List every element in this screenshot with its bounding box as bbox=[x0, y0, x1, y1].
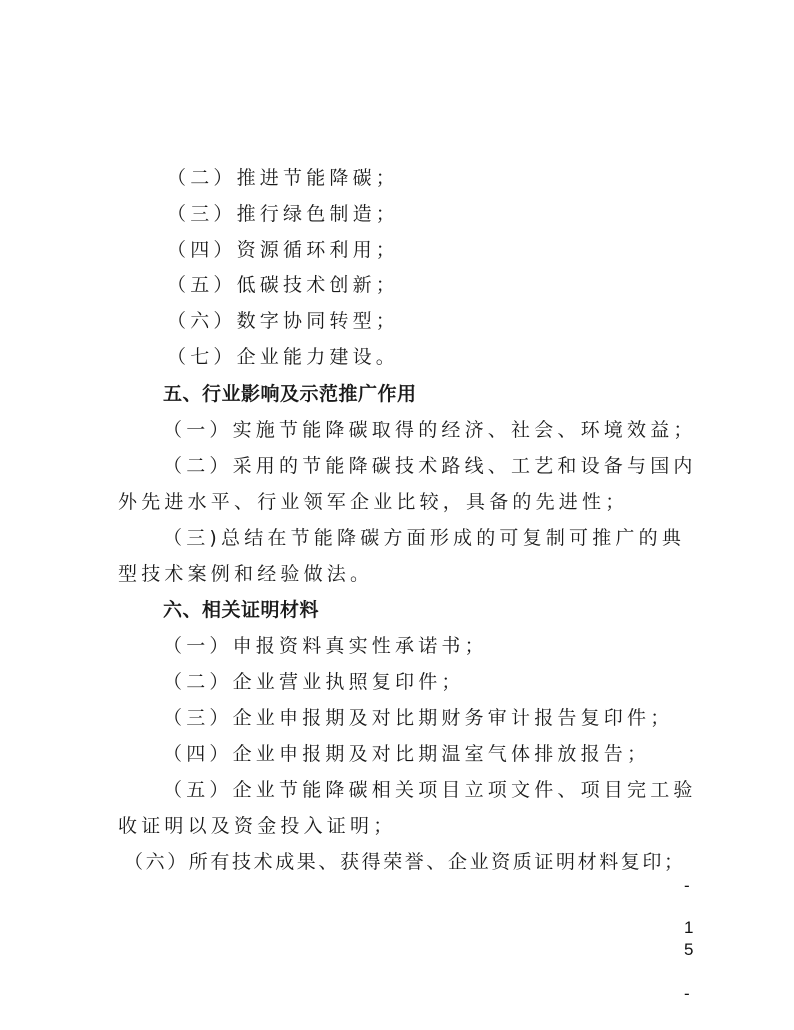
list-item: （四）企业申报期及对比期温室气体排放报告； bbox=[163, 742, 650, 766]
list-item: （二）推进节能降碳； bbox=[167, 166, 399, 190]
list-item-continuation: 型技术案例和经验做法。 bbox=[118, 562, 373, 586]
section-heading: 五、行业影响及示范推广作用 bbox=[163, 382, 417, 406]
list-item: （五）企业节能降碳相关项目立项文件、项目完工验 bbox=[163, 778, 697, 802]
list-item: （三）企业申报期及对比期财务审计报告复印件； bbox=[163, 706, 673, 730]
page-number-digit: 5 bbox=[684, 940, 693, 960]
page-number-digit: 1 bbox=[684, 918, 693, 938]
section-heading: 六、相关证明材料 bbox=[163, 598, 319, 622]
list-item: （二）企业营业执照复印件； bbox=[163, 670, 465, 694]
list-item: （二）采用的节能降碳技术路线、工艺和设备与国内 bbox=[163, 454, 697, 478]
list-item: （四）资源循环利用； bbox=[167, 238, 399, 262]
list-item-continuation: 外先进水平、行业领军企业比较，具备的先进性； bbox=[118, 490, 628, 514]
list-item-continuation: 收证明以及资金投入证明； bbox=[118, 814, 396, 838]
page-number-dash: - bbox=[684, 984, 690, 1004]
page-number-dash: - bbox=[684, 876, 690, 896]
list-item: （六）数字协同转型； bbox=[167, 309, 399, 333]
list-item: （七）企业能力建设。 bbox=[167, 345, 399, 369]
list-item: （一）实施节能降碳取得的经济、社会、环境效益； bbox=[163, 418, 697, 442]
list-item: （五）低碳技术创新； bbox=[167, 273, 399, 297]
list-item: （六）所有技术成果、获得荣誉、企业资质证明材料复印； bbox=[124, 850, 686, 874]
list-item: （三）推行绿色制造； bbox=[167, 202, 399, 226]
list-item: （三)总结在节能降碳方面形成的可复制可推广的典 bbox=[163, 526, 685, 550]
list-item: （一）申报资料真实性承诺书； bbox=[163, 634, 488, 658]
